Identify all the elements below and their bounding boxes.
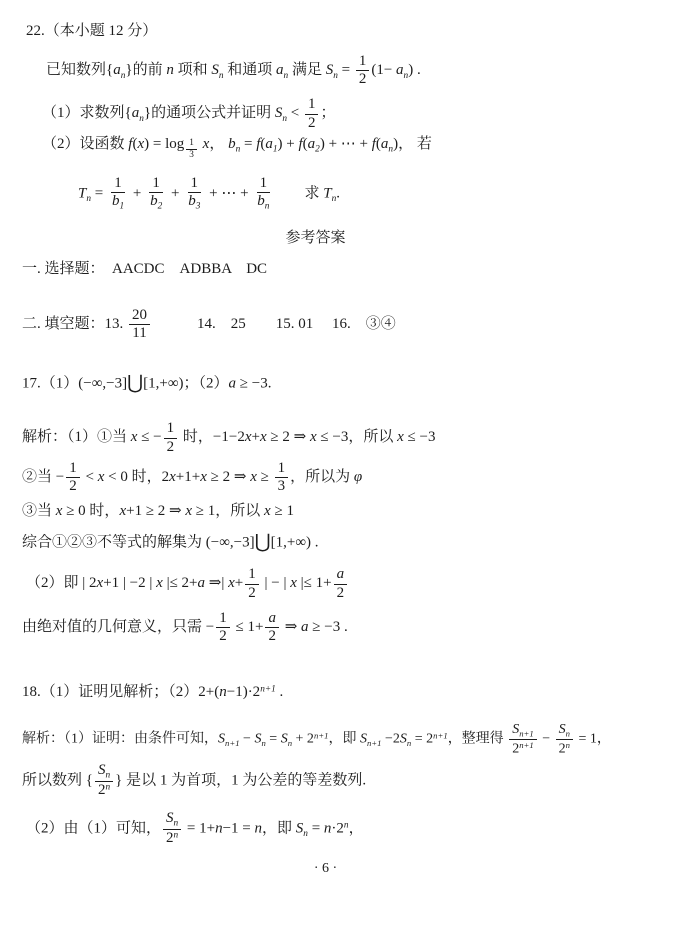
q17-solution-case2: ②当 −12 < x < 0 时，2x+1+x ≥ 2 ⇒ x ≥ 13，所以为… — [22, 460, 669, 496]
fraction-denominator: 2 — [305, 115, 319, 132]
text-segment: x — [200, 469, 207, 485]
union-symbol: ⋃ — [255, 532, 271, 553]
text-segment: + — [235, 576, 243, 592]
text-segment: 2 — [167, 439, 175, 455]
text-segment: 是以 1 为首项，1 为公差的等差数列. — [122, 772, 366, 788]
text-segment: S — [400, 732, 407, 747]
q17-answer: 17.（1）(−∞,−3]⋃[1,+∞)；（2）a ≥ −3. — [22, 370, 669, 398]
fraction-numerator: 1 — [356, 53, 370, 71]
union-symbol: ⋃ — [127, 373, 143, 394]
text-segment: （2）由（1）可知， — [26, 820, 161, 836]
text-segment: n — [219, 684, 227, 700]
fraction-numerator: 1 — [305, 96, 319, 114]
text-segment: x — [260, 430, 267, 446]
q18-solution-part2: （2）由（1）可知，Sn2n = 1+n−1 = n，即 Sn = n·2n， — [22, 810, 669, 848]
fraction: a2 — [265, 610, 279, 646]
text-segment: 时， — [179, 430, 213, 446]
text-segment: = 1+ — [183, 820, 215, 836]
text-segment: a — [198, 576, 206, 592]
text-segment: x — [245, 430, 252, 446]
text-segment: 3 — [189, 150, 194, 160]
q22-tn-formula: Tn = 1b1 + 1b2 + 1b3 + ⋯ + 1bn 求 Tn. — [22, 175, 669, 213]
text-segment: a — [113, 62, 121, 78]
fraction-denominator: 2 — [66, 478, 80, 495]
text-segment: − — [56, 469, 64, 485]
text-segment: ) + ⋯ + — [320, 136, 372, 152]
fraction: Sn2n — [95, 762, 113, 800]
fraction-denominator: 2 — [356, 71, 370, 88]
text-segment: n+1 — [367, 738, 382, 748]
fraction: 12 — [305, 96, 319, 132]
fraction-denominator: 3 — [186, 150, 197, 161]
q17-solution-part2: （2）即 | 2x+1 | −2 | x |≤ 2+a ⇒| x+12 | − … — [22, 566, 669, 602]
text-segment: ≤ −3 — [404, 430, 436, 446]
fraction-numerator: a — [334, 566, 348, 584]
text-segment: − — [240, 732, 255, 747]
fraction-denominator: 2 — [334, 585, 348, 602]
text-segment: (1− — [371, 62, 396, 78]
text-segment: 的通项公式并证明 — [151, 105, 275, 121]
text-segment: 2 — [359, 71, 367, 87]
text-segment: 17.（1） — [22, 376, 78, 392]
text-segment: n — [215, 820, 223, 836]
text-segment: 18.（1）证明见解析；（2） — [22, 684, 198, 700]
fraction-numerator: 1 — [149, 175, 163, 193]
text-segment: 1 — [191, 175, 199, 191]
text-segment: n — [105, 783, 110, 793]
text-segment: ≥ 2 ⇒ — [267, 430, 310, 446]
text-segment: ③当 — [22, 503, 56, 519]
text-segment: ≥ −3 . — [309, 619, 348, 635]
text-segment: ≤ 1+ — [232, 619, 264, 635]
text-segment: b — [228, 136, 236, 152]
text-segment: a — [268, 610, 276, 626]
text-segment: 2 — [158, 201, 163, 211]
text-segment: = 1 — [575, 732, 597, 747]
text-segment: n — [174, 831, 179, 841]
text-segment: 的前 — [133, 62, 167, 78]
text-segment: S — [218, 732, 225, 747]
text-segment: = — [338, 62, 354, 78]
text-segment: 1 — [69, 460, 77, 476]
text-segment: 由绝对值的几何意义，只需 — [22, 619, 206, 635]
q17-solution-conclusion: 由绝对值的几何意义，只需 −12 ≤ 1+a2 ⇒ a ≥ −3 . — [22, 610, 669, 646]
text-segment: 2 — [337, 585, 345, 601]
fraction-denominator: 2n — [556, 740, 573, 757]
text-segment: n+1 — [314, 731, 329, 741]
text-segment: ) + — [278, 136, 299, 152]
fraction-numerator: 1 — [245, 566, 259, 584]
fraction-denominator: 11 — [129, 325, 149, 342]
text-segment: 2 — [219, 628, 227, 644]
text-segment: 1 — [248, 566, 256, 582]
blank-answers: 二. 填空题：13. 2011 14. 25 15. 01 16. ③④ — [22, 307, 669, 343]
text-segment: ， — [597, 732, 611, 747]
text-segment: } — [125, 62, 132, 78]
text-segment: n — [265, 201, 270, 211]
fraction-denominator: bn — [254, 193, 272, 212]
text-segment: ； — [320, 105, 335, 121]
q22-part2: （2）设函数 f(x) = log13 x， bn = f(a1) + f(a2… — [22, 134, 669, 161]
text-segment: +1 | −2 | — [103, 576, 156, 592]
text-segment: + — [252, 430, 260, 446]
q22-given: 已知数列{an}的前 n 项和 Sn 和通项 an 满足 Sn = 12(1− … — [22, 53, 669, 89]
text-segment: −1−2 — [213, 430, 245, 446]
text-segment: 1 — [260, 175, 268, 191]
fraction-numerator: Sn — [163, 810, 181, 830]
fraction-denominator: 2 — [245, 585, 259, 602]
text-segment: −1)·2 — [227, 684, 260, 700]
fraction-numerator: Sn — [556, 722, 573, 739]
text-segment: a — [229, 376, 237, 392]
fraction-numerator: 1 — [216, 610, 230, 628]
text-segment: n+1 — [433, 731, 448, 741]
text-segment: 22.（本小题 12 分） — [26, 23, 157, 39]
text-segment: 综合①②③不等式的解集为 — [22, 535, 206, 551]
text-segment: . — [336, 185, 340, 201]
text-segment: } — [144, 105, 151, 121]
text-segment: n — [255, 820, 263, 836]
text-segment: S — [360, 732, 367, 747]
text-segment: a — [265, 136, 273, 152]
fraction-numerator: Sn+1 — [509, 722, 537, 739]
text-segment: 1 — [119, 201, 124, 211]
fraction-denominator: b2 — [147, 193, 165, 212]
text-segment: x — [199, 136, 209, 152]
text-segment: ，所以 — [348, 430, 397, 446]
document-page: 22.（本小题 12 分）已知数列{an}的前 n 项和 Sn 和通项 an 满… — [0, 0, 679, 937]
q18-solution-proof: 解析：（1）证明：由条件可知，Sn+1 − Sn = Sn + 2n+1，即 S… — [22, 722, 669, 757]
text-segment: 一. 选择题： — [22, 261, 112, 277]
text-segment: | 2 — [82, 576, 96, 592]
text-segment: ≥ −3. — [236, 376, 271, 392]
fraction: 12 — [66, 460, 80, 496]
fraction-numerator: 1 — [111, 175, 125, 193]
text-segment: { — [125, 105, 132, 121]
text-segment: ；（2） — [184, 376, 229, 392]
text-segment: a — [301, 619, 309, 635]
fraction-numerator: 1 — [66, 460, 80, 478]
text-segment: 2 — [166, 830, 174, 846]
text-segment: ， — [209, 136, 228, 152]
text-segment: 14. 25 15. 01 — [152, 316, 328, 332]
fraction: Sn2n — [556, 722, 573, 757]
fraction-denominator: 3 — [275, 478, 289, 495]
text-segment: [1,+∞) — [143, 376, 183, 392]
text-segment: < — [82, 469, 98, 485]
text-segment: 1 — [152, 175, 160, 191]
text-segment: 2 — [559, 741, 566, 756]
fraction-denominator: 2 — [265, 628, 279, 645]
text-segment: 2 — [162, 469, 170, 485]
text-segment: n — [166, 62, 174, 78]
text-segment: b — [150, 193, 158, 209]
q17-solution-combine: 综合①②③不等式的解集为 (−∞,−3]⋃[1,+∞) . — [22, 529, 669, 557]
text-segment: < — [287, 105, 303, 121]
text-segment: ②当 — [22, 469, 56, 485]
text-segment: < 0 — [104, 469, 127, 485]
text-segment: 和通项 — [224, 62, 277, 78]
text-segment: 1 — [167, 420, 175, 436]
text-segment: ， 若 — [398, 136, 432, 152]
fraction: 2011 — [129, 307, 150, 343]
text-segment: ，即 — [262, 820, 296, 836]
fraction-denominator: 2n — [95, 782, 113, 799]
fraction: Sn2n — [163, 810, 181, 848]
q22-part1: （1）求数列{an}的通项公式并证明 Sn < 12； — [22, 96, 669, 132]
text-segment: 3 — [196, 201, 201, 211]
choice-answers: 一. 选择题： AACDC ADBBA DC — [22, 259, 669, 281]
text-segment: − — [206, 619, 214, 635]
text-segment: x — [250, 469, 257, 485]
text-segment: ·2 — [331, 820, 344, 836]
text-segment: x — [310, 430, 317, 446]
text-segment: 时， — [86, 503, 120, 519]
text-segment: ≥ 2 ⇒ — [207, 469, 250, 485]
fraction-numerator: 1 — [188, 175, 202, 193]
text-segment: ⇒ — [281, 619, 301, 635]
text-segment: x — [290, 576, 297, 592]
fraction: 12 — [245, 566, 259, 602]
fraction: 1bn — [254, 175, 272, 213]
text-segment: ≥ 0 — [62, 503, 85, 519]
text-segment: 13 — [184, 144, 199, 154]
text-segment: + — [167, 185, 183, 201]
fraction-denominator: 2n — [163, 830, 181, 847]
text-segment: { — [86, 772, 93, 788]
text-segment: x — [169, 469, 176, 485]
text-segment: n — [566, 729, 570, 739]
text-segment: S — [166, 810, 174, 826]
fraction-denominator: 2n+1 — [509, 740, 537, 757]
text-segment: + ⋯ + — [205, 185, 252, 201]
text-segment: n — [566, 740, 570, 750]
text-segment: 1 — [308, 96, 316, 112]
text-segment: 20 — [132, 307, 147, 323]
text-segment: x — [397, 430, 404, 446]
text-segment: S — [559, 722, 566, 737]
text-segment: 2 — [248, 585, 256, 601]
text-segment: n — [174, 818, 179, 828]
text-segment: S — [211, 62, 219, 78]
text-segment: = 2 — [411, 732, 433, 747]
text-segment: a — [396, 62, 404, 78]
text-segment: x — [228, 576, 235, 592]
text-segment: 2 — [268, 628, 276, 644]
fraction: Sn+12n+1 — [509, 722, 537, 757]
fraction: 12 — [164, 420, 178, 456]
fraction: 1b2 — [147, 175, 165, 213]
fraction: 13 — [186, 138, 197, 160]
text-segment: （2）设函数 — [42, 136, 128, 152]
content-area: 22.（本小题 12 分）已知数列{an}的前 n 项和 Sn 和通项 an 满… — [22, 21, 669, 847]
text-segment: a — [276, 62, 284, 78]
text-segment: |≤ 1+ — [297, 576, 332, 592]
text-segment: −1 = — [223, 820, 255, 836]
text-segment: 2 — [69, 478, 77, 494]
text-segment: ，即 — [328, 732, 360, 747]
text-segment: 求 — [274, 185, 323, 201]
text-segment: 所以数列 — [22, 772, 86, 788]
text-segment: 2+( — [198, 684, 219, 700]
text-segment: n — [105, 771, 110, 781]
text-segment: n+1 — [519, 740, 534, 750]
fraction-denominator: 2 — [164, 439, 178, 456]
text-segment: 解析：（1）证明：由条件可知， — [22, 732, 218, 747]
text-segment: = — [240, 136, 256, 152]
text-segment: n+1 — [519, 729, 534, 739]
text-segment: +1+ — [176, 469, 200, 485]
text-segment: + — [129, 185, 145, 201]
fraction: 1b3 — [185, 175, 203, 213]
text-segment: S — [281, 732, 288, 747]
text-segment: 项和 — [174, 62, 212, 78]
text-segment: | − | — [261, 576, 290, 592]
q17-solution-case1: 解析：（1）①当 x ≤ −12 时，−1−2x+x ≥ 2 ⇒ x ≤ −3，… — [22, 420, 669, 456]
text-segment: ≤ −3 — [317, 430, 349, 446]
text-segment: ，所以为 — [290, 469, 354, 485]
text-segment: （1）求数列 — [42, 105, 125, 121]
text-segment: 11 — [132, 325, 146, 341]
text-segment: 解析：（1）①当 — [22, 430, 131, 446]
text-segment: +1 ≥ 2 ⇒ — [126, 503, 185, 519]
text-segment: n+1 — [260, 685, 276, 695]
text-segment: |≤ 2+ — [163, 576, 198, 592]
text-segment: 满足 — [288, 62, 326, 78]
text-segment: ≥ 1 — [271, 503, 294, 519]
text-segment: φ — [354, 469, 362, 485]
text-segment: 二. 填空题：13. — [22, 316, 127, 332]
q18-answer: 18.（1）证明见解析；（2）2+(n−1)·2n+1 . — [22, 682, 669, 704]
fraction-numerator: a — [265, 610, 279, 628]
fraction: 13 — [275, 460, 289, 496]
text-segment: b — [188, 193, 196, 209]
text-segment: 1 — [278, 460, 286, 476]
fraction-numerator: 1 — [186, 138, 197, 150]
fraction-denominator: b1 — [109, 193, 127, 212]
fraction-denominator: b3 — [185, 193, 203, 212]
text-segment: x — [156, 576, 163, 592]
text-segment: ，所以 — [215, 503, 264, 519]
fraction: 12 — [356, 53, 370, 89]
text-segment: 已知数列 — [46, 62, 106, 78]
text-segment: (−∞,−3] — [78, 376, 127, 392]
fraction-numerator: 20 — [129, 307, 150, 325]
fraction-numerator: 1 — [257, 175, 271, 193]
text-segment: a — [337, 566, 345, 582]
text-segment: x — [264, 503, 271, 519]
fraction-denominator: 2 — [216, 628, 230, 645]
text-segment: 时， — [128, 469, 162, 485]
text-segment: ，整理得 — [448, 732, 508, 747]
text-segment: 1 — [359, 53, 367, 69]
text-segment: ) = log — [144, 136, 184, 152]
text-segment: = — [308, 820, 324, 836]
text-segment: ≥ — [257, 469, 273, 485]
fraction-numerator: Sn — [95, 762, 113, 782]
text-segment: AACDC ADBBA DC — [112, 261, 267, 277]
page-footer: · 6 · — [22, 861, 669, 877]
text-segment: 3 — [278, 478, 286, 494]
fraction: a2 — [334, 566, 348, 602]
fraction-numerator: 1 — [275, 460, 289, 478]
text-segment: − — [539, 732, 554, 747]
fraction-numerator: 1 — [164, 420, 178, 438]
text-segment: (−∞,−3] — [206, 535, 255, 551]
q17-solution-case3: ③当 x ≥ 0 时，x+1 ≥ 2 ⇒ x ≥ 1，所以 x ≥ 1 — [22, 501, 669, 523]
text-segment: . — [276, 684, 284, 700]
text-segment: ⇒| — [205, 576, 228, 592]
text-segment: T — [323, 185, 331, 201]
text-segment: −2 — [382, 732, 400, 747]
text-segment: ≤ − — [137, 430, 161, 446]
text-segment: 1 — [189, 138, 194, 148]
text-segment: + 2 — [292, 732, 314, 747]
text-segment: n+1 — [225, 738, 240, 748]
fraction: 1b1 — [109, 175, 127, 213]
text-segment: ) . — [408, 62, 421, 78]
q22-header: 22.（本小题 12 分） — [22, 21, 669, 43]
text-segment: = — [91, 185, 107, 201]
text-segment: = — [266, 732, 281, 747]
text-segment: ， — [349, 820, 364, 836]
q18-solution-sequence: 所以数列 {Sn2n} 是以 1 为首项，1 为公差的等差数列. — [22, 762, 669, 800]
text-segment: ≥ 1 — [192, 503, 215, 519]
answers-title: 参考答案 — [22, 228, 669, 250]
text-segment: 2 — [308, 115, 316, 131]
text-segment: （2）即 — [26, 576, 82, 592]
text-segment: 1 — [114, 175, 122, 191]
text-segment: b — [257, 193, 265, 209]
text-segment: 参考答案 — [285, 230, 345, 246]
text-segment: 1 — [219, 610, 227, 626]
text-segment: [1,+∞) . — [271, 535, 319, 551]
text-segment: 16. ③④ — [328, 316, 396, 332]
fraction: 12 — [216, 610, 230, 646]
